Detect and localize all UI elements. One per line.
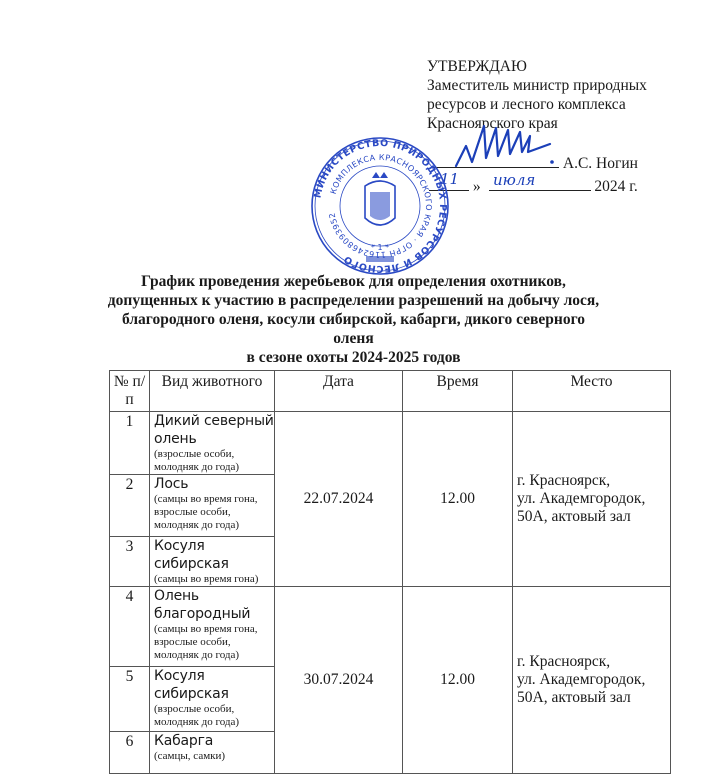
title-line: допущенных к участию в распределении раз…	[100, 291, 607, 310]
animal-name: Лось	[154, 475, 274, 493]
header-num: № п/п	[110, 371, 150, 412]
header-time: Время	[403, 371, 513, 412]
place-cell: г. Красноярск, ул. Академгородок, 50А, а…	[513, 587, 671, 774]
animal-cell: Дикий северный олень (взрослые особи, мо…	[150, 412, 275, 475]
row-number: 6	[110, 732, 150, 774]
place-line: 50А, актовый зал	[517, 689, 670, 707]
schedule-table: № п/п Вид животного Дата Время Место 1 Д…	[109, 370, 671, 774]
date-year: 2024 г.	[594, 178, 637, 195]
table-row: 4 Олень благородный (самцы во время гона…	[110, 587, 671, 667]
approval-line: Заместитель министр природных	[427, 76, 647, 95]
animal-cell: Косуля сибирская (самцы во время гона)	[150, 537, 275, 587]
animal-note: (самцы во время гона)	[154, 573, 274, 586]
date-cell: 30.07.2024	[275, 587, 403, 774]
animal-cell: Косуля сибирская (взрослые особи, молодн…	[150, 667, 275, 732]
time-cell: 12.00	[403, 412, 513, 587]
place-line: 50А, актовый зал	[517, 508, 670, 526]
title-line: благородного оленя, косули сибирской, ка…	[100, 310, 607, 348]
place-cell: г. Красноярск, ул. Академгородок, 50А, а…	[513, 412, 671, 587]
animal-name: Олень благородный	[154, 587, 274, 623]
header-animal: Вид животного	[150, 371, 275, 412]
approval-line: ресурсов и лесного комплекса	[427, 95, 647, 114]
place-line: г. Красноярск,	[517, 472, 670, 490]
date-cell: 22.07.2024	[275, 412, 403, 587]
header-date: Дата	[275, 371, 403, 412]
animal-cell: Олень благородный (самцы во время гона, …	[150, 587, 275, 667]
animal-note: (взрослые особи, молодняк до года)	[154, 703, 274, 729]
animal-name: Кабарга	[154, 732, 274, 750]
signatory-name: А.С. Ногин	[563, 155, 638, 172]
title-line: График проведения жеребьевок для определ…	[100, 272, 607, 291]
approval-heading: УТВЕРЖДАЮ	[427, 57, 647, 76]
row-number: 2	[110, 475, 150, 537]
place-line: г. Красноярск,	[517, 653, 670, 671]
table-row: 1 Дикий северный олень (взрослые особи, …	[110, 412, 671, 475]
row-number: 1	[110, 412, 150, 475]
animal-note: (самцы, самки)	[154, 750, 274, 763]
animal-cell: Лось (самцы во время гона, взрослые особ…	[150, 475, 275, 537]
title-line: в сезоне охоты 2024-2025 годов	[100, 348, 607, 367]
quote-close: »	[473, 178, 481, 195]
animal-name: Косуля сибирская	[154, 537, 274, 573]
animal-name: Косуля сибирская	[154, 667, 274, 703]
table-header-row: № п/п Вид животного Дата Время Место	[110, 371, 671, 412]
handwritten-signature-icon	[450, 118, 570, 174]
time-cell: 12.00	[403, 587, 513, 774]
animal-note: (самцы во время гона, взрослые особи, мо…	[154, 493, 274, 532]
place-line: ул. Академгородок,	[517, 671, 670, 689]
row-number: 5	[110, 667, 150, 732]
official-stamp-icon: МИНИСТЕРСТВО ПРИРОДНЫХ РЕСУРСОВ И ЛЕСНОГ…	[310, 136, 450, 276]
animal-cell: Кабарга (самцы, самки)	[150, 732, 275, 774]
place-line: ул. Академгородок,	[517, 490, 670, 508]
animal-note: (самцы во время гона, взрослые особи, мо…	[154, 623, 274, 662]
header-place: Место	[513, 371, 671, 412]
document-title: График проведения жеребьевок для определ…	[100, 272, 607, 367]
row-number: 4	[110, 587, 150, 667]
animal-name: Дикий северный олень	[154, 412, 274, 448]
row-number: 3	[110, 537, 150, 587]
handwritten-month: июля	[493, 171, 535, 189]
svg-text:* 1 *: * 1 *	[371, 243, 389, 252]
animal-note: (взрослые особи, молодняк до года)	[154, 448, 274, 474]
